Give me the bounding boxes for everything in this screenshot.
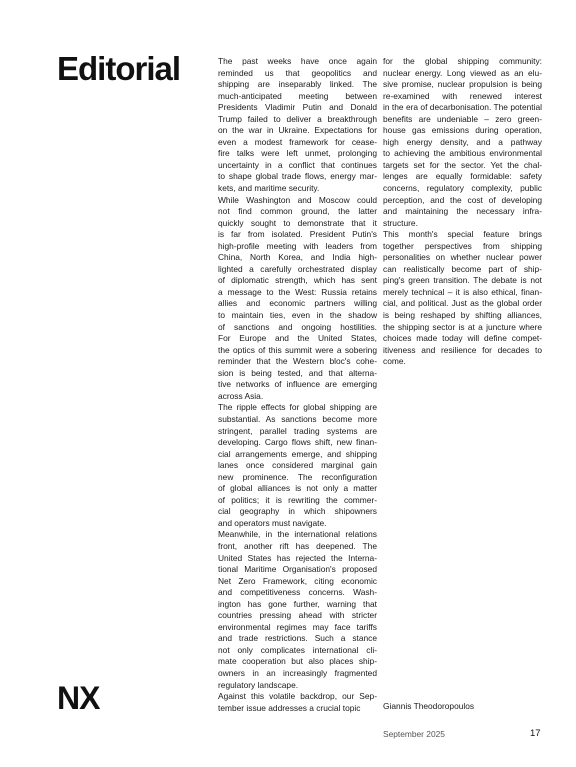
text-line: While Washington and Moscow could	[218, 195, 377, 207]
text-line: ping's green transition. The debate is n…	[383, 275, 542, 287]
text-line: in the era of decarbonisation. The poten…	[383, 102, 542, 114]
text-line: new prominence. The reconfiguration	[218, 472, 377, 484]
text-line: lanes once considered marginal gain	[218, 460, 377, 472]
text-line: the shipping sector is at a juncture whe…	[383, 322, 542, 334]
text-line: shipping are inseparably linked. The	[218, 79, 377, 91]
page-number: 17	[530, 728, 541, 739]
text-line: quickly sought to demonstrate that it	[218, 218, 377, 230]
text-line: reminded us that geopolitics and	[218, 68, 377, 80]
text-line: fire talks were left unmet, prolonging	[218, 148, 377, 160]
text-line: of global alliances is not only a matter	[218, 483, 377, 495]
text-line: ington has gone further, warning that	[218, 599, 377, 611]
text-line: Trump failed to deliver a breakthrough	[218, 114, 377, 126]
text-line: concerns, regulatory complexity, public	[383, 183, 542, 195]
text-line: choices made today will define compet-	[383, 333, 542, 345]
text-line: lighted a carefully orchestrated display	[218, 264, 377, 276]
text-line: lenges are equally formidable: safety	[383, 171, 542, 183]
text-line: of diplomatic strength, which has sent	[218, 275, 377, 287]
text-line: to shape global trade flows, energy mar-	[218, 171, 377, 183]
nx-logo: NX	[57, 682, 99, 714]
text-line: Against this volatile backdrop, our Sep-	[218, 691, 377, 703]
text-line: sive promise, nuclear propulsion is bein…	[383, 79, 542, 91]
text-line: to achieving the ambitious environmental	[383, 148, 542, 160]
article-column-1: The past weeks have once againreminded u…	[218, 56, 377, 714]
text-line: tember issue addresses a crucial topic	[218, 703, 377, 715]
text-line: environmental regimes may face tariffs	[218, 622, 377, 634]
text-line: together perspectives from shipping	[383, 241, 542, 253]
author-signature: Giannis Theodoropoulos	[383, 701, 474, 711]
text-line: targets set for the sector. Yet the chal…	[383, 160, 542, 172]
text-line: and trade restrictions. Such a stance	[218, 633, 377, 645]
text-line: to maintain ties, even in the shadow	[218, 310, 377, 322]
text-line: even a modest framework for cease-	[218, 137, 377, 149]
text-line: and operators must navigate.	[218, 518, 377, 530]
text-line: come.	[383, 356, 542, 368]
text-line: owners in an increasingly fragmented	[218, 668, 377, 680]
text-line: high-profile meeting with leaders from	[218, 241, 377, 253]
text-line: re-examined with renewed interest	[383, 91, 542, 103]
text-line: front, another rift has deepened. The	[218, 541, 377, 553]
text-line: uncertainty in a conflict that continues	[218, 160, 377, 172]
text-line: personalities on whether nuclear power	[383, 252, 542, 264]
text-line: on the war in Ukraine. Expectations for	[218, 125, 377, 137]
text-line: house gas emissions during operation,	[383, 125, 542, 137]
text-line: a message to the West: Russia retains	[218, 287, 377, 299]
text-line: and maintaining the necessary infra-	[383, 206, 542, 218]
text-line: cial geography in which shipowners	[218, 506, 377, 518]
text-line: across Asia.	[218, 391, 377, 403]
text-line: The ripple effects for global shipping a…	[218, 402, 377, 414]
text-line: is far from isolated. President Putin's	[218, 229, 377, 241]
text-line: merely technical – it is also ethical, f…	[383, 287, 542, 299]
text-line: Meanwhile, in the international relation…	[218, 529, 377, 541]
page-title: Editorial	[57, 52, 180, 85]
text-line: not find common ground, the latter	[218, 206, 377, 218]
article-column-2: for the global shipping community:nuclea…	[383, 56, 542, 368]
text-line: much-anticipated meeting between	[218, 91, 377, 103]
text-line: for the global shipping community:	[383, 56, 542, 68]
text-line: not only complicates international cli-	[218, 645, 377, 657]
text-line: For Europe and the United States,	[218, 333, 377, 345]
text-line: is being reshaped by shifting alliances,	[383, 310, 542, 322]
text-line: The past weeks have once again	[218, 56, 377, 68]
text-line: Presidents Vladimir Putin and Donald	[218, 102, 377, 114]
text-line: sion is being tested, and that alterna-	[218, 368, 377, 380]
text-line: allies and economic partners willing	[218, 298, 377, 310]
text-line: can realistically become part of ship-	[383, 264, 542, 276]
text-line: mate cooperation but also places ship-	[218, 656, 377, 668]
text-line: cial arrangements emerge, and shipping	[218, 449, 377, 461]
text-line: structure.	[383, 218, 542, 230]
text-line: and competitiveness concerns. Wash-	[218, 587, 377, 599]
text-line: cial, and political. Just as the global …	[383, 298, 542, 310]
text-line: Net Zero Framework, citing economic	[218, 576, 377, 588]
text-line: nuclear energy. Long viewed as an elu-	[383, 68, 542, 80]
text-line: China, North Korea, and India high-	[218, 252, 377, 264]
text-line: substantial. As sanctions become more	[218, 414, 377, 426]
text-line: countries pressing ahead with stricter	[218, 610, 377, 622]
text-line: of politics; it is rewriting the commer-	[218, 495, 377, 507]
text-line: of sanctions and ongoing hostilities.	[218, 322, 377, 334]
text-line: the optics of this summit were a soberin…	[218, 345, 377, 357]
text-line: This month's special feature brings	[383, 229, 542, 241]
text-line: reminder that the Western bloc's cohe-	[218, 356, 377, 368]
text-line: tive networks of influence are emerging	[218, 379, 377, 391]
text-line: developing. Cargo flows shift, new finan…	[218, 437, 377, 449]
text-line: United States has rejected the Interna-	[218, 553, 377, 565]
footer-date: September 2025	[383, 729, 445, 739]
text-line: itiveness and resilience for decades to	[383, 345, 542, 357]
text-line: high energy density, and a pathway	[383, 137, 542, 149]
text-line: kets, and maritime security.	[218, 183, 377, 195]
text-line: regulatory landscape.	[218, 680, 377, 692]
text-line: perception, and the cost of developing	[383, 195, 542, 207]
text-line: tional Maritime Organisation's proposed	[218, 564, 377, 576]
text-line: benefits are undeniable – zero green-	[383, 114, 542, 126]
text-line: stringent, parallel trading systems are	[218, 426, 377, 438]
